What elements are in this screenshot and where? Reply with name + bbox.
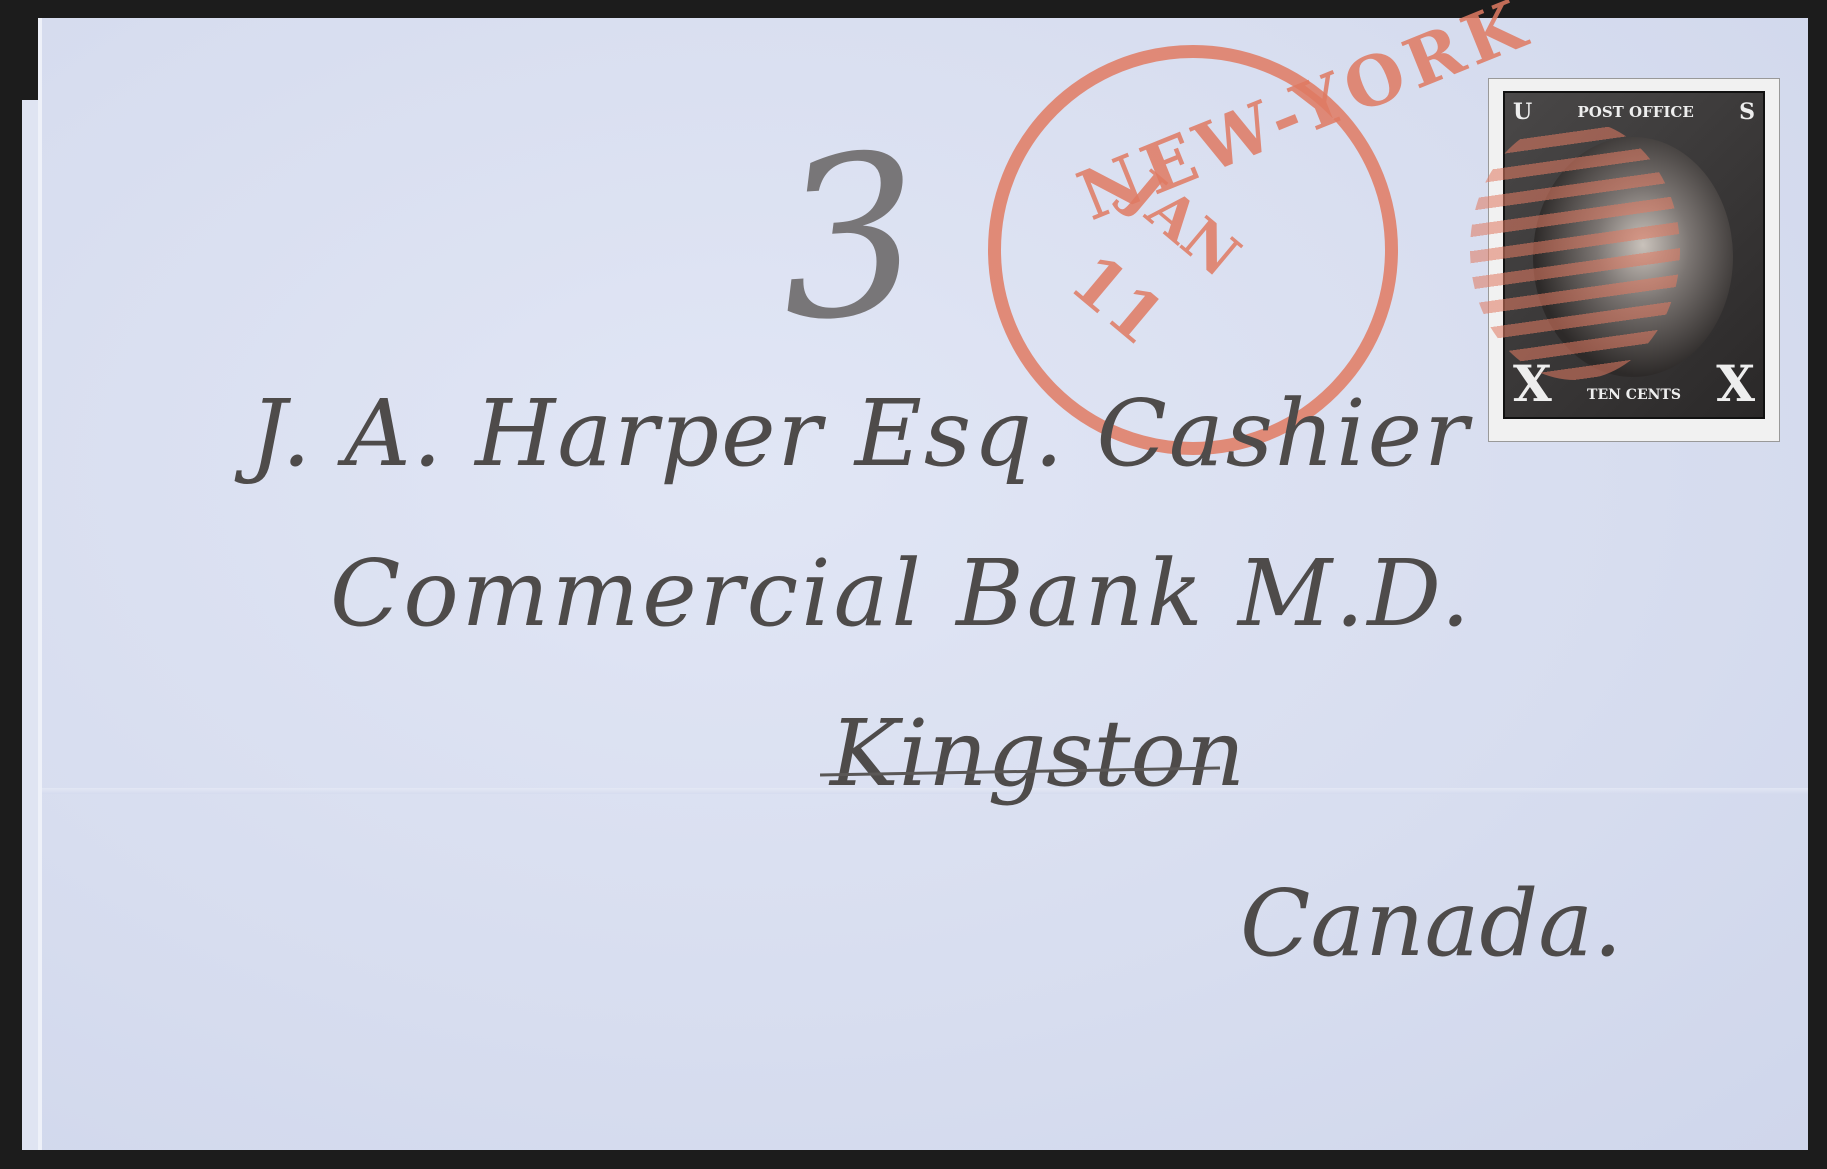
stamp-top-legend: U POST OFFICE S	[1513, 99, 1755, 125]
rate-marking: 3	[771, 105, 929, 370]
stamp-value: TEN CENTS	[1587, 387, 1681, 403]
address-line-3: Kingston	[830, 700, 1245, 807]
fold-edge	[38, 18, 42, 1150]
grid-cancel	[1470, 120, 1680, 380]
address-line-4: Canada.	[1240, 870, 1622, 977]
address-line-1: J. A. Harper Esq. Cashier	[250, 380, 1470, 487]
stamp-x-right: X	[1716, 354, 1755, 413]
stamp-s: S	[1739, 99, 1755, 125]
address-line-2: Commercial Bank M.D.	[330, 540, 1473, 647]
stamp-u: U	[1513, 99, 1532, 125]
